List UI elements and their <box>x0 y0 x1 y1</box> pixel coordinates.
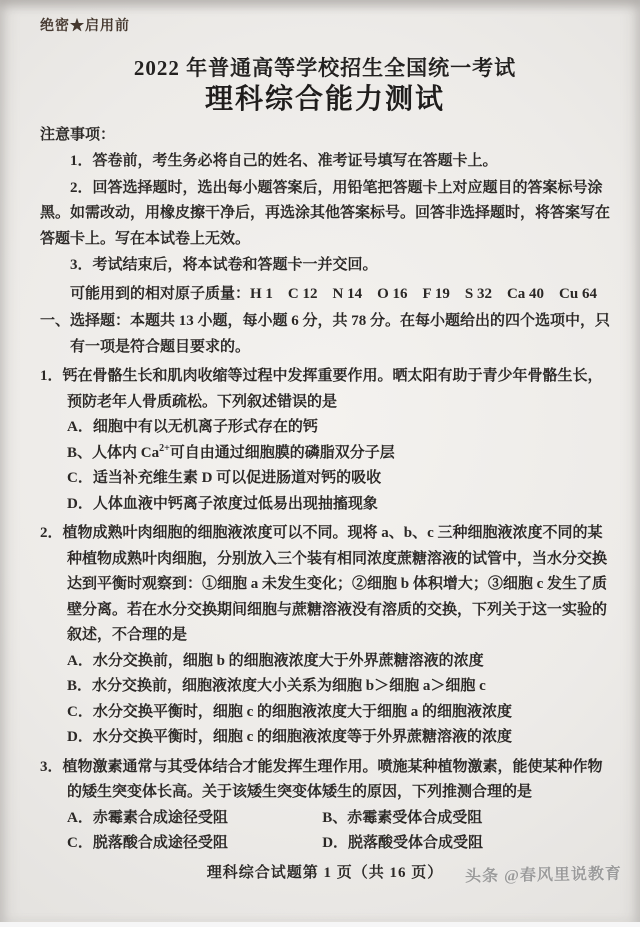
option-b-superscript: 2+ <box>159 443 170 454</box>
atomic-mass-line: 可能用到的相对原子质量：H 1 C 12 N 14 O 16 F 19 S 32… <box>40 282 610 308</box>
question-3-option-d: D．脱落酸受体合成受阻 <box>322 831 610 857</box>
page-footer: 理科综合试题第 1 页（共 16 页） 头条 @春风里说教育 <box>40 861 610 891</box>
security-classification-label: 绝密★启用前 <box>40 14 610 40</box>
question-1-text: 钙在骨骼生长和肌肉收缩等过程中发挥重要作用。晒太阳有助于青少年骨骼生长，预防老年… <box>63 368 603 410</box>
notice-item-2: 2．回答选择题时，选出每小题答案后，用铅笔把答题卡上对应题目的答案标号涂黑。如需… <box>40 176 610 253</box>
notice-item-3: 3．考试结束后，将本试卷和答题卡一并交回。 <box>40 253 610 279</box>
question-2-number: 2． <box>40 525 63 541</box>
notice-item-1: 1．答卷前，考生务必将自己的姓名、准考证号填写在答题卡上。 <box>40 149 610 175</box>
question-3-option-b: B、赤霉素受体合成受阻 <box>322 806 610 832</box>
question-3-number: 3． <box>40 759 63 775</box>
toutiao-watermark: 头条 @春风里说教育 <box>465 861 622 889</box>
question-1-option-c: C．适当补充维生素 D 可以促进肠道对钙的吸收 <box>67 466 610 492</box>
question-3-stem: 3．植物激素通常与其受体结合才能发挥生理作用。喷施某种植物激素，能使某种作物的矮… <box>40 755 610 806</box>
exam-paper-page: 绝密★启用前 2022 年普通高等学校招生全国统一考试 理科综合能力测试 注意事… <box>0 0 640 927</box>
question-2-text: 植物成熟叶肉细胞的细胞液浓度可以不同。现将 a、b、c 三种细胞液浓度不同的某种… <box>63 525 608 643</box>
question-2: 2．植物成熟叶肉细胞的细胞液浓度可以不同。现将 a、b、c 三种细胞液浓度不同的… <box>40 521 610 751</box>
question-1: 1．钙在骨骼生长和肌肉收缩等过程中发挥重要作用。晒太阳有助于青少年骨骼生长，预防… <box>40 364 610 517</box>
question-1-option-a: A．细胞中有以无机离子形式存在的钙 <box>67 415 610 441</box>
subject-title: 理科综合能力测试 <box>40 87 610 113</box>
question-2-stem: 2．植物成熟叶肉细胞的细胞液浓度可以不同。现将 a、b、c 三种细胞液浓度不同的… <box>40 521 610 649</box>
question-1-number: 1． <box>40 368 63 384</box>
question-2-option-d: D．水分交换平衡时，细胞 c 的细胞液浓度等于外界蔗糖溶液的浓度 <box>67 725 610 751</box>
question-2-option-b: B．水分交换前，细胞液浓度大小关系为细胞 b＞细胞 a＞细胞 c <box>67 674 610 700</box>
section-one-heading: 一、选择题：本题共 13 小题，每小题 6 分，共 78 分。在每小题给出的四个… <box>40 309 610 360</box>
option-b-pre: B、人体内 Ca <box>67 445 159 461</box>
question-3-text: 植物激素通常与其受体结合才能发挥生理作用。喷施某种植物激素，能使某种作物的矮生突… <box>63 759 603 801</box>
question-1-stem: 1．钙在骨骼生长和肌肉收缩等过程中发挥重要作用。晒太阳有助于青少年骨骼生长，预防… <box>40 364 610 415</box>
question-3-option-a: A．赤霉素合成途径受阻 <box>67 806 322 832</box>
question-1-option-d: D．人体血液中钙离子浓度过低易出现抽搐现象 <box>67 492 610 518</box>
question-3: 3．植物激素通常与其受体结合才能发挥生理作用。喷施某种植物激素，能使某种作物的矮… <box>40 755 610 857</box>
exam-title: 2022 年普通高等学校招生全国统一考试 <box>40 56 610 82</box>
question-2-option-c: C．水分交换平衡时，细胞 c 的细胞液浓度大于细胞 a 的细胞液浓度 <box>67 700 610 726</box>
option-b-post: 可自由通过细胞膜的磷脂双分子层 <box>170 445 395 461</box>
question-1-option-b: B、人体内 Ca2+可自由通过细胞膜的磷脂双分子层 <box>67 441 610 467</box>
question-3-options: A．赤霉素合成途径受阻 B、赤霉素受体合成受阻 C．脱落酸合成途径受阻 D．脱落… <box>67 806 610 857</box>
notice-heading: 注意事项： <box>40 123 610 149</box>
question-2-option-a: A．水分交换前，细胞 b 的细胞液浓度大于外界蔗糖溶液的浓度 <box>67 649 610 675</box>
question-3-option-c: C．脱落酸合成途径受阻 <box>67 831 322 857</box>
